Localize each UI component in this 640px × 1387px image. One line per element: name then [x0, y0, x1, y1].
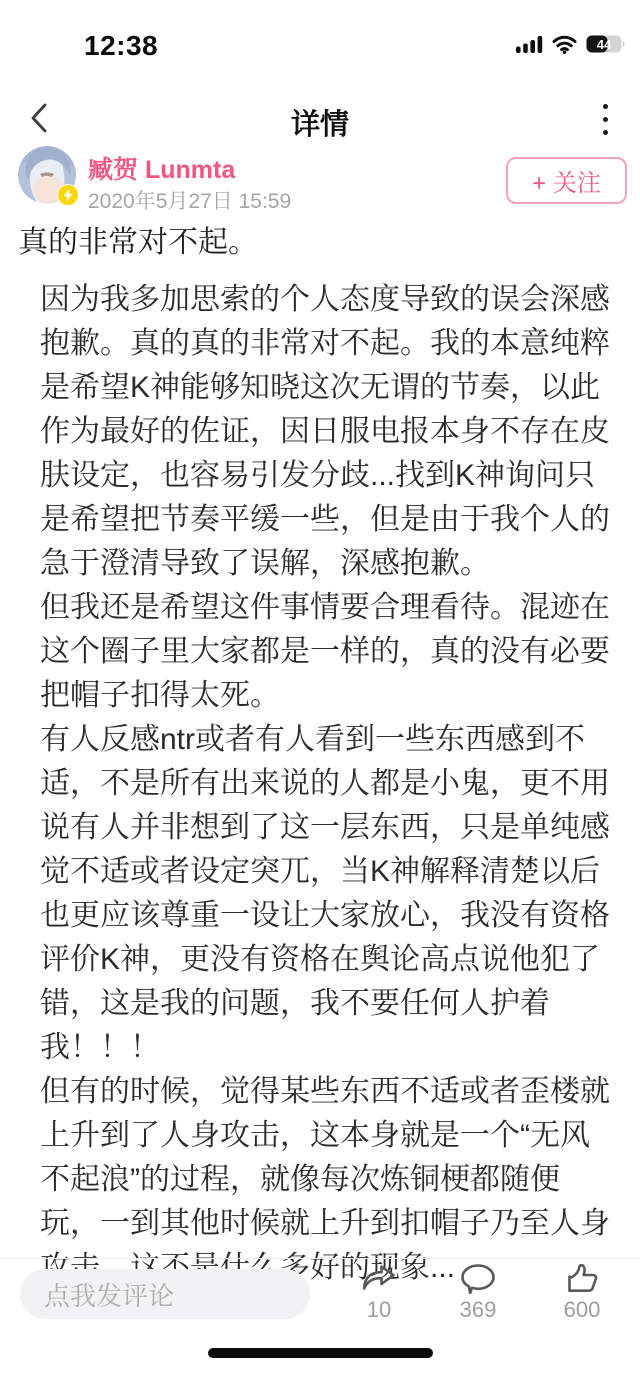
- page-title: 详情: [0, 102, 640, 143]
- like-count: 600: [546, 1297, 618, 1323]
- post-timestamp: 2020年5月27日 15:59: [88, 185, 291, 215]
- comment-count: 369: [442, 1297, 514, 1323]
- post-body: 因为我多加思索的个人态度导致的误会深感抱歉。真的真的非常对不起。我的本意纯粹是希…: [40, 278, 617, 1290]
- share-button[interactable]: 10: [343, 1262, 415, 1323]
- status-time: 12:38: [84, 30, 158, 62]
- author-name[interactable]: 臧贺 Lunmta: [88, 150, 235, 186]
- post-detail-page: 12:38 44 详情: [0, 0, 640, 1387]
- kebab-menu-icon[interactable]: [601, 102, 610, 137]
- home-indicator-handle[interactable]: [208, 1348, 433, 1358]
- post-paragraph: 但我还是希望这件事情要合理看待。混迹在这个圈子里大家都是一样的，真的没有必要把帽…: [40, 586, 617, 718]
- avatar[interactable]: [18, 146, 76, 204]
- post-paragraph: 但有的时候，觉得某些东西不适或者歪楼就上升到了人身攻击，这本身就是一个“无风不起…: [40, 1070, 617, 1290]
- comment-input[interactable]: 点我发评论: [20, 1269, 310, 1319]
- lightning-badge-icon: [57, 184, 79, 206]
- share-icon: [360, 1262, 398, 1294]
- comment-icon: [459, 1262, 497, 1294]
- comment-button[interactable]: 369: [442, 1262, 514, 1323]
- post-paragraph: 有人反感ntr或者有人看到一些东西感到不适，不是所有出来说的人都是小鬼，更不用说…: [40, 718, 617, 1070]
- signal-bars-icon: [516, 35, 543, 53]
- comment-input-placeholder: 点我发评论: [44, 1276, 174, 1313]
- follow-button[interactable]: + 关注: [506, 157, 627, 204]
- share-count: 10: [343, 1297, 415, 1323]
- like-icon: [564, 1262, 600, 1294]
- wifi-icon: [552, 35, 577, 54]
- like-button[interactable]: 600: [546, 1262, 618, 1323]
- status-icons: 44: [516, 34, 626, 54]
- battery-percent-text: 44: [597, 37, 612, 52]
- post-paragraph: 因为我多加思索的个人态度导致的误会深感抱歉。真的真的非常对不起。我的本意纯粹是希…: [40, 278, 617, 586]
- post-title: 真的非常对不起。: [18, 222, 620, 264]
- battery-icon: 44: [586, 34, 626, 54]
- bottom-bar-divider: [0, 1258, 640, 1259]
